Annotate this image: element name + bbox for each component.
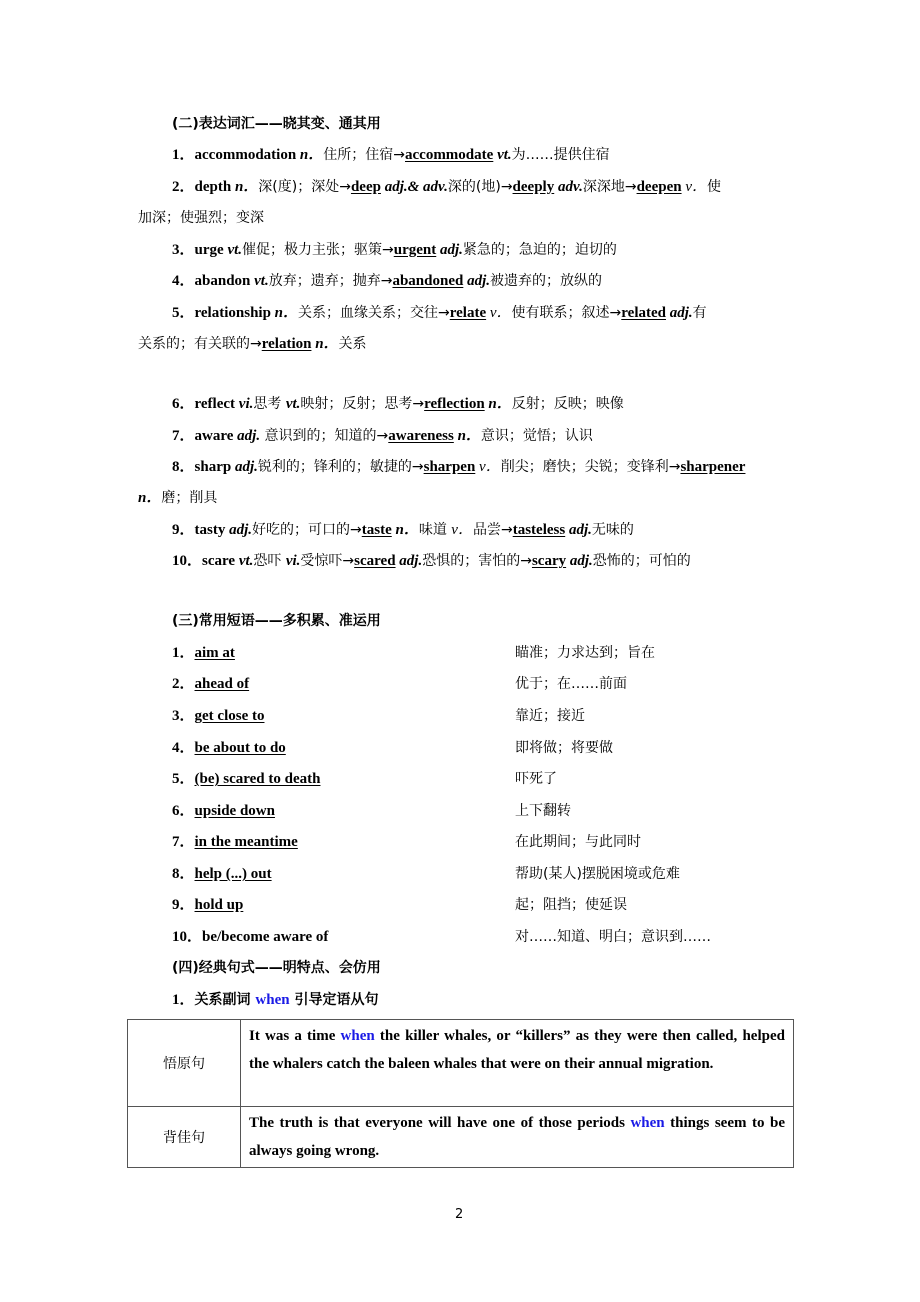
keyword: when — [255, 992, 289, 1008]
derived-word: urgent — [394, 242, 437, 258]
vocab-item-1: 1．accommodation n．住所；住宿→accommodate vt.为… — [172, 145, 610, 165]
derived-word: deep — [351, 179, 381, 195]
derived-word: sharpen — [424, 459, 476, 475]
phrase-item: 5．(be) scared to death — [172, 769, 320, 789]
derived-word: tasteless — [513, 522, 566, 538]
derived-word: related — [621, 305, 666, 321]
vocab-item-10: 10．scare vt.恐吓 vi.受惊吓→scared adj.恐惧的；害怕的… — [172, 551, 691, 571]
table-row: 背佳句 The truth is that everyone will have… — [128, 1107, 794, 1168]
section-heading-phrases: (三)常用短语——多积累、准运用 — [172, 611, 381, 631]
vocab-item-9: 9．tasty adj.好吃的；可口的→taste n．味道 v．品尝→tast… — [172, 520, 634, 540]
phrase-item: 7．in the meantime — [172, 832, 298, 852]
phrase-meaning: 优于；在……前面 — [515, 674, 627, 694]
derived-word: accommodate — [405, 147, 493, 163]
vocab-item-2: 2．depth n．深(度)；深处→deep adj.& adv.深的(地)→d… — [172, 177, 721, 197]
sentence-pattern-title: 1．关系副词 when 引导定语从句 — [172, 990, 378, 1010]
phrase-meaning: 瞄准；力求达到；旨在 — [515, 643, 655, 663]
vocab-item-8: 8．sharp adj.锐利的；锋利的；敏捷的→sharpen v．削尖；磨快；… — [172, 457, 745, 477]
phrase-meaning: 在此期间；与此同时 — [515, 832, 641, 852]
section-heading-sentences: (四)经典句式——明特点、会仿用 — [172, 958, 381, 978]
derived-word: awareness — [388, 428, 454, 444]
phrase-meaning: 靠近；接近 — [515, 706, 585, 726]
phrase-meaning: 上下翻转 — [515, 801, 571, 821]
section-heading-vocabulary: (二)表达词汇——晓其变、通其用 — [172, 114, 381, 134]
vocab-item-5: 5．relationship n．关系；血缘关系；交往→relate v．使有联… — [172, 303, 707, 323]
phrase-item: 3．get close to — [172, 706, 264, 726]
phrase-meaning: 起；阻挡；使延误 — [515, 895, 627, 915]
derived-word: sharpener — [680, 459, 745, 475]
vocab-item-4: 4．abandon vt.放弃；遗弃；抛弃→abandoned adj.被遗弃的… — [172, 271, 602, 291]
phrase-item: 6．upside down — [172, 801, 275, 821]
vocab-item-2-continued: 加深；使强烈；变深 — [138, 208, 264, 228]
page-number: 2 — [455, 1207, 463, 1222]
keyword: when — [341, 1028, 375, 1044]
derived-word: taste — [362, 522, 392, 538]
phrase-meaning: 帮助(某人)摆脱困境或危难 — [515, 864, 680, 884]
example-sentence: The truth is that everyone will have one… — [241, 1107, 794, 1168]
phrase-item: 9．hold up — [172, 895, 243, 915]
derived-word: relation — [262, 336, 312, 352]
derived-word: reflection — [424, 396, 485, 412]
vocab-item-7: 7．aware adj. 意识到的；知道的→awareness n．意识；觉悟；… — [172, 426, 593, 446]
derived-word: scared — [354, 553, 395, 569]
row-label: 悟原句 — [128, 1020, 241, 1107]
phrase-item: 4．be about to do — [172, 738, 286, 758]
example-sentence-table: 悟原句 It was a time when the killer whales… — [127, 1019, 794, 1168]
keyword: when — [630, 1115, 664, 1131]
phrase-meaning: 对……知道、明白；意识到…… — [515, 927, 711, 947]
derived-word: deepen — [637, 179, 682, 195]
phrase-item: 10．be/become aware of — [172, 927, 328, 947]
example-sentence: It was a time when the killer whales, or… — [241, 1020, 794, 1107]
derived-word: relate — [450, 305, 486, 321]
phrase-item: 8．help (...) out — [172, 864, 272, 884]
vocab-item-8-continued: n．磨；削具 — [138, 488, 217, 508]
derived-word: deeply — [513, 179, 555, 195]
phrase-meaning: 吓死了 — [515, 769, 557, 789]
derived-word: scary — [532, 553, 566, 569]
phrase-meaning: 即将做；将要做 — [515, 738, 613, 758]
document-page: (二)表达词汇——晓其变、通其用 1．accommodation n．住所；住宿… — [0, 0, 920, 1302]
derived-word: abandoned — [392, 273, 463, 289]
vocab-item-3: 3．urge vt.催促；极力主张；驱策→urgent adj.紧急的；急迫的；… — [172, 240, 617, 260]
row-label: 背佳句 — [128, 1107, 241, 1168]
vocab-item-5-continued: 关系的；有关联的→relation n．关系 — [138, 334, 367, 354]
table-row: 悟原句 It was a time when the killer whales… — [128, 1020, 794, 1107]
phrase-item: 1．aim at — [172, 643, 235, 663]
phrase-item: 2．ahead of — [172, 674, 249, 694]
vocab-item-6: 6．reflect vi.思考 vt.映射；反射；思考→reflection n… — [172, 394, 624, 414]
